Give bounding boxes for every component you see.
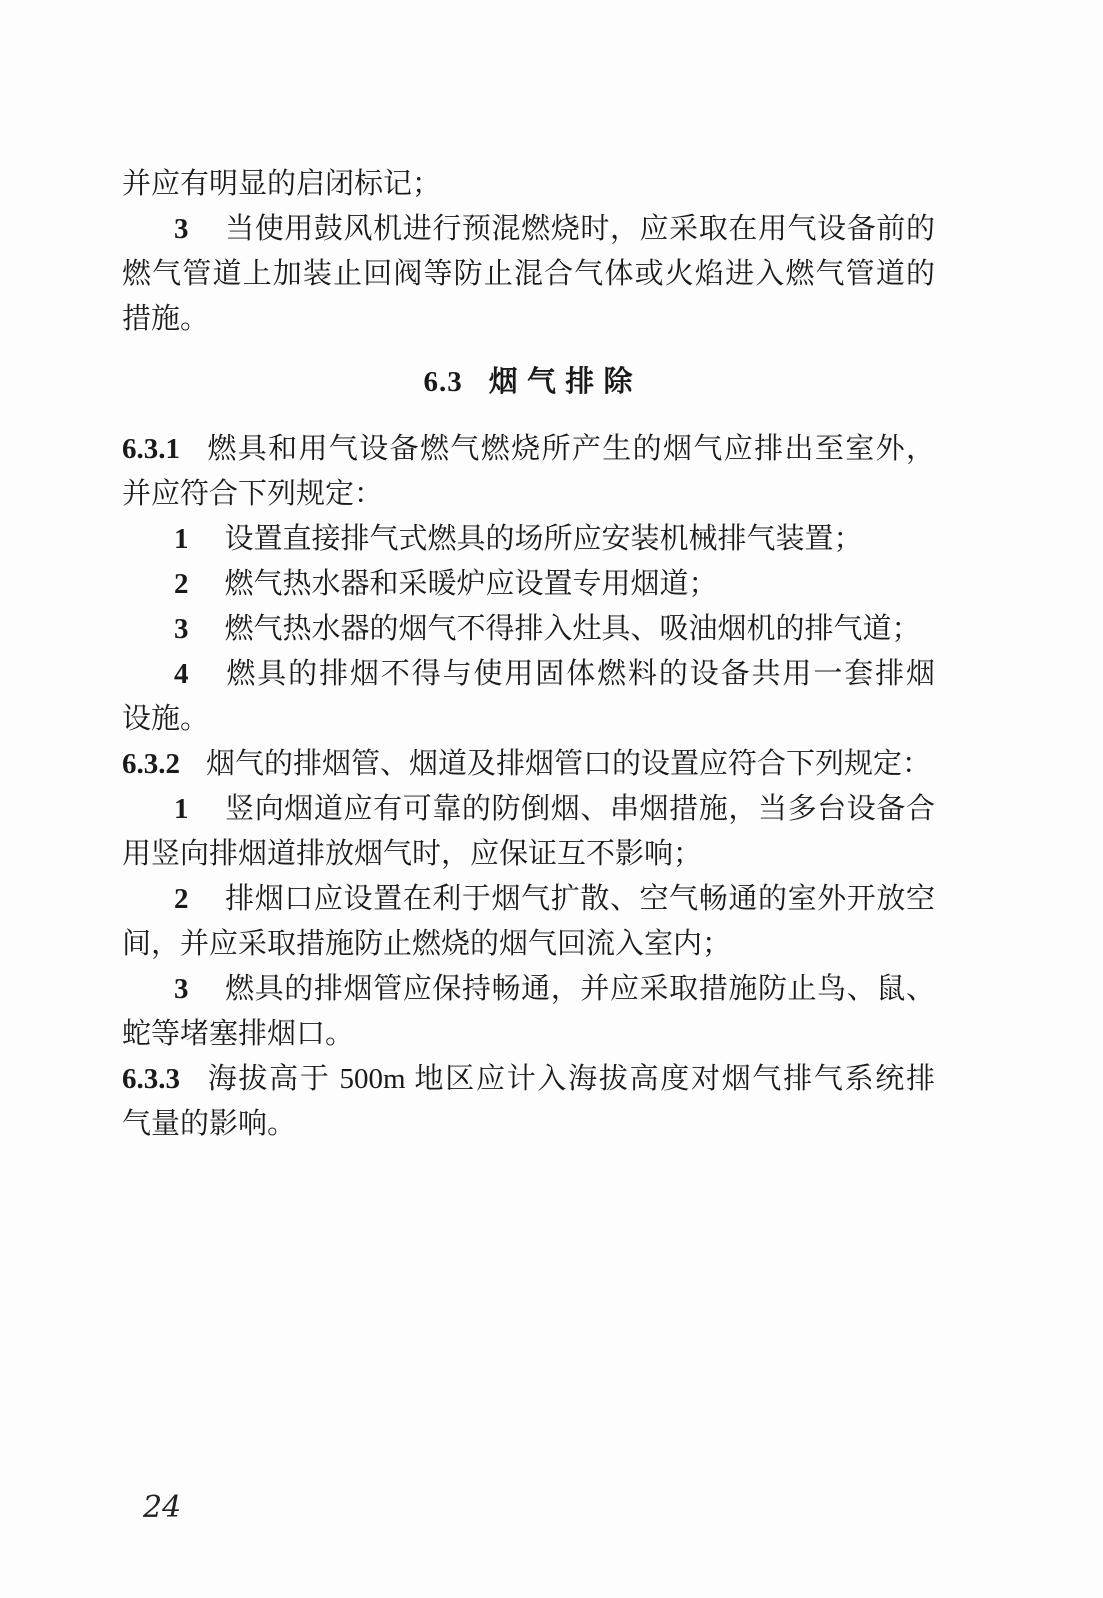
text-block: 并应有明显的启闭标记； 3当使用鼓风机进行预混燃烧时，应采取在用气设备前的 燃气… [122, 162, 935, 1147]
clause-number: 6.3.3 [122, 1063, 180, 1095]
item-number: 3 [174, 213, 189, 245]
page-number: 24 [143, 1490, 181, 1525]
text-line: 4燃具的排烟不得与使用固体燃料的设备共用一套排烟 [122, 652, 935, 697]
document-page: 并应有明显的启闭标记； 3当使用鼓风机进行预混燃烧时，应采取在用气设备前的 燃气… [0, 0, 1103, 1598]
line-text: 竖向烟道应有可靠的防倒烟、串烟措施，当多台设备合 [225, 793, 936, 825]
text-line: 1设置直接排气式燃具的场所应安装机械排气装置； [122, 517, 935, 562]
section-title: 烟 气 排 除 [489, 366, 634, 398]
item-number: 2 [174, 883, 189, 915]
text-line: 6.3.3海拔高于 500m 地区应计入海拔高度对烟气排气系统排 [122, 1057, 935, 1102]
line-text: 间，并应采取措施防止燃烧的烟气回流入室内； [122, 928, 731, 960]
text-line: 蛇等堵塞排烟口。 [122, 1012, 935, 1057]
text-line: 2排烟口应设置在利于烟气扩散、空气畅通的室外开放空 [122, 877, 935, 922]
line-text: 燃气管道上加装止回阀等防止混合气体或火焰进入燃气管道的 [122, 258, 935, 290]
line-text: 设置直接排气式燃具的场所应安装机械排气装置； [225, 523, 863, 555]
text-line: 3燃具的排烟管应保持畅通，并应采取措施防止鸟、鼠、 [122, 967, 935, 1012]
item-number: 1 [174, 793, 189, 825]
text-line: 6.3.2烟气的排烟管、烟道及排烟管口的设置应符合下列规定： [122, 742, 935, 787]
text-line: 设施。 [122, 697, 935, 742]
line-text: 燃具的排烟不得与使用固体燃料的设备共用一套排烟 [225, 658, 936, 690]
item-number: 3 [174, 613, 189, 645]
line-text: 燃气热水器的烟气不得排入灶具、吸油烟机的排气道； [225, 613, 921, 645]
text-line: 3燃气热水器的烟气不得排入灶具、吸油烟机的排气道； [122, 607, 935, 652]
text-line: 并应符合下列规定： [122, 472, 935, 517]
text-line: 1竖向烟道应有可靠的防倒烟、串烟措施，当多台设备合 [122, 787, 935, 832]
line-text: 当使用鼓风机进行预混燃烧时，应采取在用气设备前的 [225, 213, 936, 245]
section-number: 6.3 [423, 366, 462, 398]
line-text: 并应有明显的启闭标记； [122, 168, 441, 200]
text-line: 用竖向排烟道排放烟气时，应保证互不影响； [122, 832, 935, 877]
line-text: 排烟口应设置在利于烟气扩散、空气畅通的室外开放空 [225, 883, 936, 915]
item-number: 4 [174, 658, 189, 690]
text-line: 6.3.1燃具和用气设备燃气燃烧所产生的烟气应排出至室外， [122, 427, 935, 472]
line-text: 措施。 [122, 303, 209, 335]
line-text: 并应符合下列规定： [122, 478, 383, 510]
line-text: 燃气热水器和采暖炉应设置专用烟道； [225, 568, 718, 600]
line-text: 气量的影响。 [122, 1108, 296, 1140]
text-line: 措施。 [122, 297, 935, 342]
line-text: 海拔高于 500m 地区应计入海拔高度对烟气排气系统排 [206, 1063, 935, 1095]
section-heading: 6.3烟 气 排 除 [122, 360, 935, 405]
line-text: 燃具和用气设备燃气燃烧所产生的烟气应排出至室外， [206, 433, 935, 465]
text-line: 气量的影响。 [122, 1102, 935, 1147]
text-line: 2燃气热水器和采暖炉应设置专用烟道； [122, 562, 935, 607]
line-text: 设施。 [122, 703, 209, 735]
text-line: 3当使用鼓风机进行预混燃烧时，应采取在用气设备前的 [122, 207, 935, 252]
line-text: 烟气的排烟管、烟道及排烟管口的设置应符合下列规定： [206, 748, 931, 780]
clause-number: 6.3.1 [122, 433, 180, 465]
text-line: 并应有明显的启闭标记； [122, 162, 935, 207]
line-text: 蛇等堵塞排烟口。 [122, 1018, 354, 1050]
text-line: 燃气管道上加装止回阀等防止混合气体或火焰进入燃气管道的 [122, 252, 935, 297]
clause-number: 6.3.2 [122, 748, 180, 780]
item-number: 3 [174, 973, 189, 1005]
line-text: 燃具的排烟管应保持畅通，并应采取措施防止鸟、鼠、 [225, 973, 936, 1005]
item-number: 2 [174, 568, 189, 600]
item-number: 1 [174, 523, 189, 555]
text-line: 间，并应采取措施防止燃烧的烟气回流入室内； [122, 922, 935, 967]
line-text: 用竖向排烟道排放烟气时，应保证互不影响； [122, 838, 702, 870]
